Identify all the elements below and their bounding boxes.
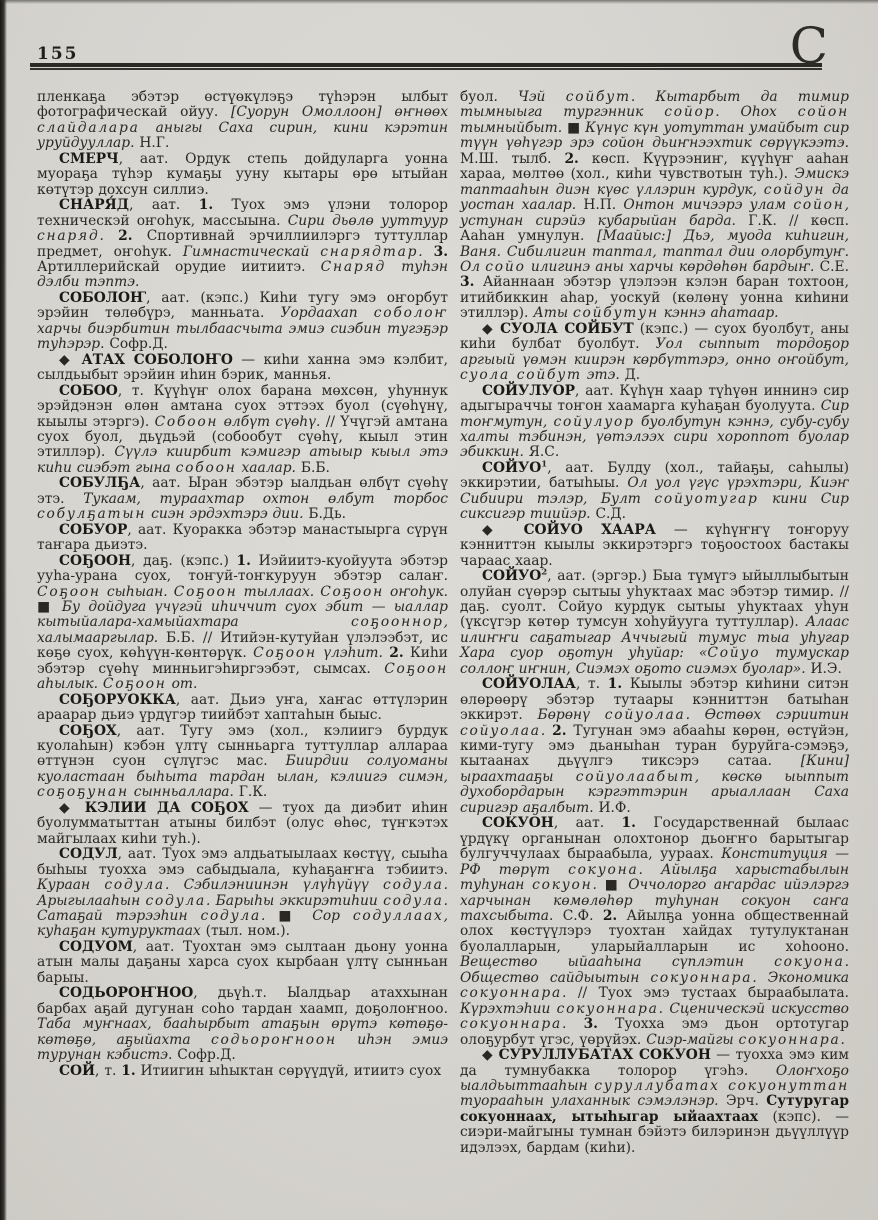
example-text: Собоон <box>155 414 219 430</box>
headword-or-bold-text: СУОЛА СОЙБУТ <box>500 321 634 337</box>
headword-or-bold-text: СОКУОН <box>482 815 554 831</box>
headword-or-bold-text: СОДУОМ <box>59 939 133 955</box>
headword-or-bold-text: СУРУЛЛУБАТАХ СОКУОН <box>499 1047 711 1063</box>
definition-text: И.Ф. <box>594 800 631 816</box>
example-text: Соҕоон <box>253 645 317 661</box>
definition-text: Итиигин ыһыктан сөрүүдүй, итиитэ суох <box>136 1063 441 1079</box>
example-text: содула <box>383 893 444 909</box>
headword-or-bold-text: 1. <box>199 197 213 213</box>
example-text: Сойуо <box>707 645 760 661</box>
definition-text: ◆ <box>59 800 85 816</box>
dictionary-entry-paragraph: СОДУЛ, аат. Туох эмэ алдьатыылаах көстүү… <box>37 847 448 940</box>
example-text: Соҕоон <box>384 661 448 677</box>
headword-or-bold-text: СОБОЛОҤ <box>59 290 146 306</box>
example-text: соҕоҕунан <box>37 784 129 800</box>
example-text: сойуолаа <box>460 723 541 739</box>
example-text: снаряд <box>37 228 100 244</box>
headword-or-bold-text: СОЙУЛУОР <box>482 383 575 399</box>
example-text: хаалар. <box>237 460 296 476</box>
example-text: . <box>418 244 422 260</box>
example-text: сойо <box>485 259 525 275</box>
dictionary-entry-paragraph: СОБУОР, аат. Куоракка эбэтэр манастыырга… <box>37 523 448 554</box>
dictionary-entry-paragraph: СОДЬОРОҤНОО, дьүһ.т. Ыалдьар атаххынан б… <box>37 986 448 1063</box>
headword-or-bold-text: СНАРЯ́Д <box>59 197 129 213</box>
page-number: 155 <box>37 44 79 64</box>
definition-text: Н.П. <box>576 197 623 213</box>
definition-text: Б.Дь. <box>303 506 346 522</box>
example-text: сыһыан. <box>101 584 174 600</box>
headword-or-bold-text: СОЙ <box>59 1063 95 1079</box>
header-rule-thick <box>30 63 822 67</box>
headword-or-bold-text: СОҔОХ <box>59 723 117 739</box>
example-text: сынньаллара. <box>129 784 234 800</box>
dictionary-entry-paragraph: ◆ КЭЛИИ ДА СОҔОХ — туох да диэбит иһин б… <box>37 801 448 847</box>
right-column: буол. Чэй сойбут. Кытарбыт да тимир тымн… <box>460 90 849 1156</box>
example-text: содьороҥноон <box>211 1032 337 1048</box>
dictionary-entry-paragraph: СМЕРЧ, аат. Ордук степь дойдуларга уонна… <box>37 152 448 198</box>
header-rule <box>30 63 822 71</box>
left-column: пленкаҕа эбэтэр өстүөкүлэҕэ түһэрэн ылбы… <box>37 90 448 1156</box>
headword-or-bold-text: СОБУОР <box>59 522 127 538</box>
example-text: Гимнастическай <box>183 244 320 260</box>
definition-text: , т. <box>95 1063 121 1079</box>
example-text: Вещество ыйааһына сүплэтин <box>460 954 774 970</box>
example-text: сойуолаабыт <box>576 769 695 785</box>
dictionary-entry-paragraph: СОЙУОЛАА, т. 1. Кыылы эбэтэр киһини ситэ… <box>460 677 849 816</box>
dictionary-entry-paragraph: ◆ СУОЛА СОЙБУТ (кэпс.) — суох буолбут, а… <box>460 322 849 384</box>
definition-text: , аат. <box>129 197 199 213</box>
example-text: туорааһын улаханнык сэмэлэнэр. <box>460 1093 719 1109</box>
example-text: сойор <box>664 104 715 120</box>
example-text: содула <box>104 877 165 893</box>
definition-text: ◆ <box>482 522 524 538</box>
headword-or-bold-text: СОЙУОЛАА <box>482 676 576 692</box>
example-text: Снаряд <box>321 259 386 275</box>
definition-text: ■ <box>37 599 62 615</box>
example-text: сокуоннара <box>739 1032 841 1048</box>
example-text: тыллаах. <box>238 584 321 600</box>
example-text: сойуотугар <box>654 491 758 507</box>
definition-text: ■ <box>597 877 628 893</box>
definition-text: М.Ш. тылб. <box>460 151 564 167</box>
example-text: сокуона <box>568 862 638 878</box>
example-text: Аты <box>533 305 573 321</box>
dictionary-entry-paragraph: СОБОЛОҤ, аат. (кэпс.) Киһи тугу эмэ оҥор… <box>37 291 448 353</box>
example-text: сойбутун <box>573 305 659 321</box>
example-text: Чэй <box>518 89 566 105</box>
headword-or-bold-text: 1. <box>237 553 251 569</box>
dictionary-entry-paragraph: СОБОО, т. Күүһүҥ олох барана мөхсөн, уһу… <box>37 384 448 477</box>
headword-or-bold-text: КЭЛИИ ДА СОҔОХ <box>85 800 249 816</box>
headword-or-bold-text: СОДЬОРОҤНОО <box>59 985 193 1001</box>
dictionary-entry-paragraph: СОЙУО2, аат. (эргэр.) Быа түмүгэ ыйыллыб… <box>460 569 849 677</box>
headword-or-bold-text: 3. <box>584 1016 598 1032</box>
definition-text: С.Ф. <box>553 908 602 924</box>
example-text: содула <box>383 877 444 893</box>
headword-or-bold-text: 2. <box>118 228 132 244</box>
definition-text: Д. <box>620 367 641 383</box>
example-text: снарядтар <box>320 244 418 260</box>
definition-text: (тыл. ном.). <box>201 923 290 939</box>
headword-or-bold-text: 2. <box>564 151 578 167</box>
headword-or-bold-text: СОЙУО <box>482 568 541 584</box>
dictionary-entry-paragraph: СОБУЛҔА, аат. Ыран эбэтэр ыалдьан өлбүт … <box>37 476 448 522</box>
example-text: сойон <box>793 197 844 213</box>
example-text: сойбут <box>566 89 631 105</box>
example-text: үлэһит. <box>317 645 383 661</box>
dictionary-entry-paragraph: СОҔОРУОККА, аат. Дьиэ уҥа, хаҥас өттүлэр… <box>37 693 448 724</box>
example-text: Кураан <box>37 877 104 893</box>
definition-text: Эрч. <box>719 1093 767 1109</box>
example-text: суола сойбут <box>460 367 582 383</box>
example-text: сокуоннара <box>650 970 752 986</box>
example-text: . Сэбилэниинэн үлүһүйүү <box>165 877 383 893</box>
example-text: этэ. <box>582 367 620 383</box>
example-text: аһылык. <box>37 676 103 692</box>
headword-or-bold-text: СОБОО <box>59 383 118 399</box>
definition-text: , т. <box>576 676 608 692</box>
example-text: илигинэ аны харчы көрдөһөн бардыҥ. <box>526 259 815 275</box>
example-text: . Оһох <box>715 104 797 120</box>
definition-text: буол. <box>460 89 518 105</box>
example-text: харчы биэрбитин тылбаасчыта эмиэ сиэбин … <box>37 321 448 352</box>
headword-or-bold-text: 1. <box>622 815 636 831</box>
example-text: . Экономика <box>752 970 849 986</box>
definition-text: ■ <box>265 908 312 924</box>
definition-text: С.Е. <box>814 259 849 275</box>
example-text: . <box>841 1032 845 1048</box>
example-text: Сири дьөлө ууттуур <box>288 213 448 229</box>
example-text: Онтон мичээрэ улам <box>623 197 793 213</box>
definition-text <box>104 228 118 244</box>
example-text: сойуолаа <box>605 707 686 723</box>
dictionary-entry-paragraph: ◆ СОЙУО ХААРА — күһүҥҥү тоҥоруу кэнниттэ… <box>460 523 849 569</box>
headword-or-bold-text: 2. <box>389 645 403 661</box>
example-text: Күрэхтэһии <box>460 1001 557 1017</box>
headword-or-bold-text: СОДУЛ <box>59 846 118 862</box>
example-text: тымныйбыт. <box>460 120 562 136</box>
dictionary-entry-paragraph: буол. Чэй сойбут. Кытарбыт да тимир тымн… <box>460 90 849 322</box>
text-columns: пленкаҕа эбэтэр өстүөкүлэҕэ түһэрэн ылбы… <box>37 90 849 1156</box>
example-text: сиэн эрдэхтэрэ дии. <box>146 506 303 522</box>
headword-or-bold-text: АТАХ СОБОЛОҤО <box>82 352 233 368</box>
example-text: Сор <box>312 908 353 924</box>
dictionary-entry-paragraph: СОҔООН, даҕ. (кэпс.) 1. Иэйиитэ-куойуута… <box>37 554 448 693</box>
example-text: от. <box>167 676 198 692</box>
dictionary-entry-paragraph: пленкаҕа эбэтэр өстүөкүлэҕэ түһэрэн ылбы… <box>37 90 448 152</box>
headword-or-bold-text: 3. <box>434 244 448 260</box>
headword-or-bold-text: СОҔООН <box>59 553 131 569</box>
example-text: . Барыһы эккирэтиһии <box>206 893 383 909</box>
definition-text: , аат. <box>554 815 622 831</box>
example-text: Уордаахап <box>280 305 373 321</box>
example-text: содуллаах <box>353 908 444 924</box>
example-text: сокуоннара <box>557 1001 659 1017</box>
example-text: сойон <box>798 104 849 120</box>
header-rule-thin <box>30 68 822 70</box>
definition-text: ◆ <box>482 1047 499 1063</box>
definition-text: ◆ <box>59 352 82 368</box>
definition-text: Софр.Д. <box>172 1047 235 1063</box>
dictionary-entry-paragraph: СОЙ, т. 1. Итиигин ыһыктан сөрүүдүй, ити… <box>37 1064 448 1079</box>
example-text: сокуоннара <box>460 985 562 1001</box>
example-text: Сиэр-майгы <box>646 1032 738 1048</box>
headword-or-bold-text: СОЙУО ХААРА <box>524 522 656 538</box>
example-text: Соҕоон <box>103 676 167 692</box>
example-text: собоон <box>176 460 237 476</box>
example-text: сокуон <box>532 877 592 893</box>
definition-text <box>423 244 434 260</box>
dictionary-entry-paragraph: СОЙУО1, аат. Булду (хол., тайаҕы, саһылы… <box>460 461 849 523</box>
example-text: Бөрөнү <box>537 707 604 723</box>
headword-or-bold-text: СОБУЛҔА <box>59 475 140 491</box>
definition-text: ◆ <box>482 321 500 337</box>
example-text: слайдалара <box>37 120 140 136</box>
headword-or-bold-text: 1. <box>608 676 622 692</box>
headword-or-bold-text: СМЕРЧ <box>59 151 119 167</box>
example-text: сокуона <box>774 954 844 970</box>
headword-or-bold-text: 2. <box>603 908 617 924</box>
definition-text <box>566 1016 583 1032</box>
headword-or-bold-text: СОҔОРУОККА <box>59 692 176 708</box>
example-text: сокуоннара <box>460 1016 562 1032</box>
dictionary-entry-paragraph: СОЙУЛУОР, аат. Күһүн хаар түһүөн иннинэ … <box>460 384 849 461</box>
definition-text: Б.Б. <box>296 460 330 476</box>
definition-text: // Туох эмэ тустаах быраабылата. <box>566 985 849 1001</box>
definition-text: Артиллерийскай орудие иитиитэ. <box>37 259 321 275</box>
example-text: сойдун <box>764 182 826 198</box>
definition-text: ■ <box>562 120 585 136</box>
example-text: соҕооннор <box>351 614 444 630</box>
example-text: Тукаам, тураахтар охтон өлбут торбос <box>83 491 448 507</box>
dictionary-entry-paragraph: ◆ СУРУЛЛУБАТАХ СОКУОН — туохха эмэ ким д… <box>460 1048 849 1156</box>
example-text: содула <box>200 908 261 924</box>
scan-edge-left <box>0 0 7 1220</box>
example-text: кэннэ аһатаар. <box>659 305 779 321</box>
example-text: содула <box>145 893 206 909</box>
example-text: сойулуор <box>554 414 635 430</box>
example-text: Соҕоон <box>174 584 238 600</box>
example-text: суруллубатах сокуонуттан <box>594 1078 849 1094</box>
dictionary-entry-paragraph: СОКУОН, аат. 1. Государственнай былаас ү… <box>460 816 849 1048</box>
definition-text: Софр.Д. <box>104 336 167 352</box>
headword-or-bold-text: СОЙУО <box>482 460 541 476</box>
example-text: соболоҥ <box>374 305 448 321</box>
dictionary-entry-paragraph: СОДУОМ, аат. Туохтан эмэ сылтаан дьону у… <box>37 940 448 986</box>
dictionary-entry-paragraph: СОҔОХ, аат. Тугу эмэ (хол., кэлиигэ бурд… <box>37 724 448 801</box>
dictionary-entry-paragraph: СНАРЯ́Д, аат. 1. Туох эмэ үлэни толорор … <box>37 198 448 291</box>
example-text: өлбүт сүөһү. <box>218 414 320 430</box>
example-text: собулҕатын <box>37 506 146 522</box>
headword-or-bold-text: 3. <box>460 274 474 290</box>
headword-or-bold-text: 1. <box>121 1063 135 1079</box>
dictionary-entry-paragraph: ◆ АТАХ СОБОЛОҤО — киһи ханна эмэ кэлбит,… <box>37 353 448 384</box>
dictionary-page: 155 С пленкаҕа эбэтэр өстүөкүлэҕэ түһэрэ… <box>0 0 878 1220</box>
scan-edge-top <box>0 0 878 4</box>
example-text: Соҕоон <box>37 584 101 600</box>
example-text: . Өстөөх сэриитин <box>686 707 849 723</box>
example-text: . Сценическэй искусство <box>659 1001 849 1017</box>
definition-text: И.Э. <box>806 661 842 677</box>
definition-text: Г.К. <box>234 784 267 800</box>
example-text: оҥоһук. <box>384 584 448 600</box>
example-text: Соҕоон <box>320 584 384 600</box>
example-text: [Суорун Омоллоон] өҥнөөх <box>231 104 448 120</box>
definition-text: , даҕ. (кэпс.) <box>131 553 236 569</box>
headword-or-bold-text: 2. <box>552 723 566 739</box>
definition-text: С.Д. <box>591 506 626 522</box>
section-letter: С <box>790 21 828 71</box>
definition-text: Н.Г. <box>135 135 170 151</box>
